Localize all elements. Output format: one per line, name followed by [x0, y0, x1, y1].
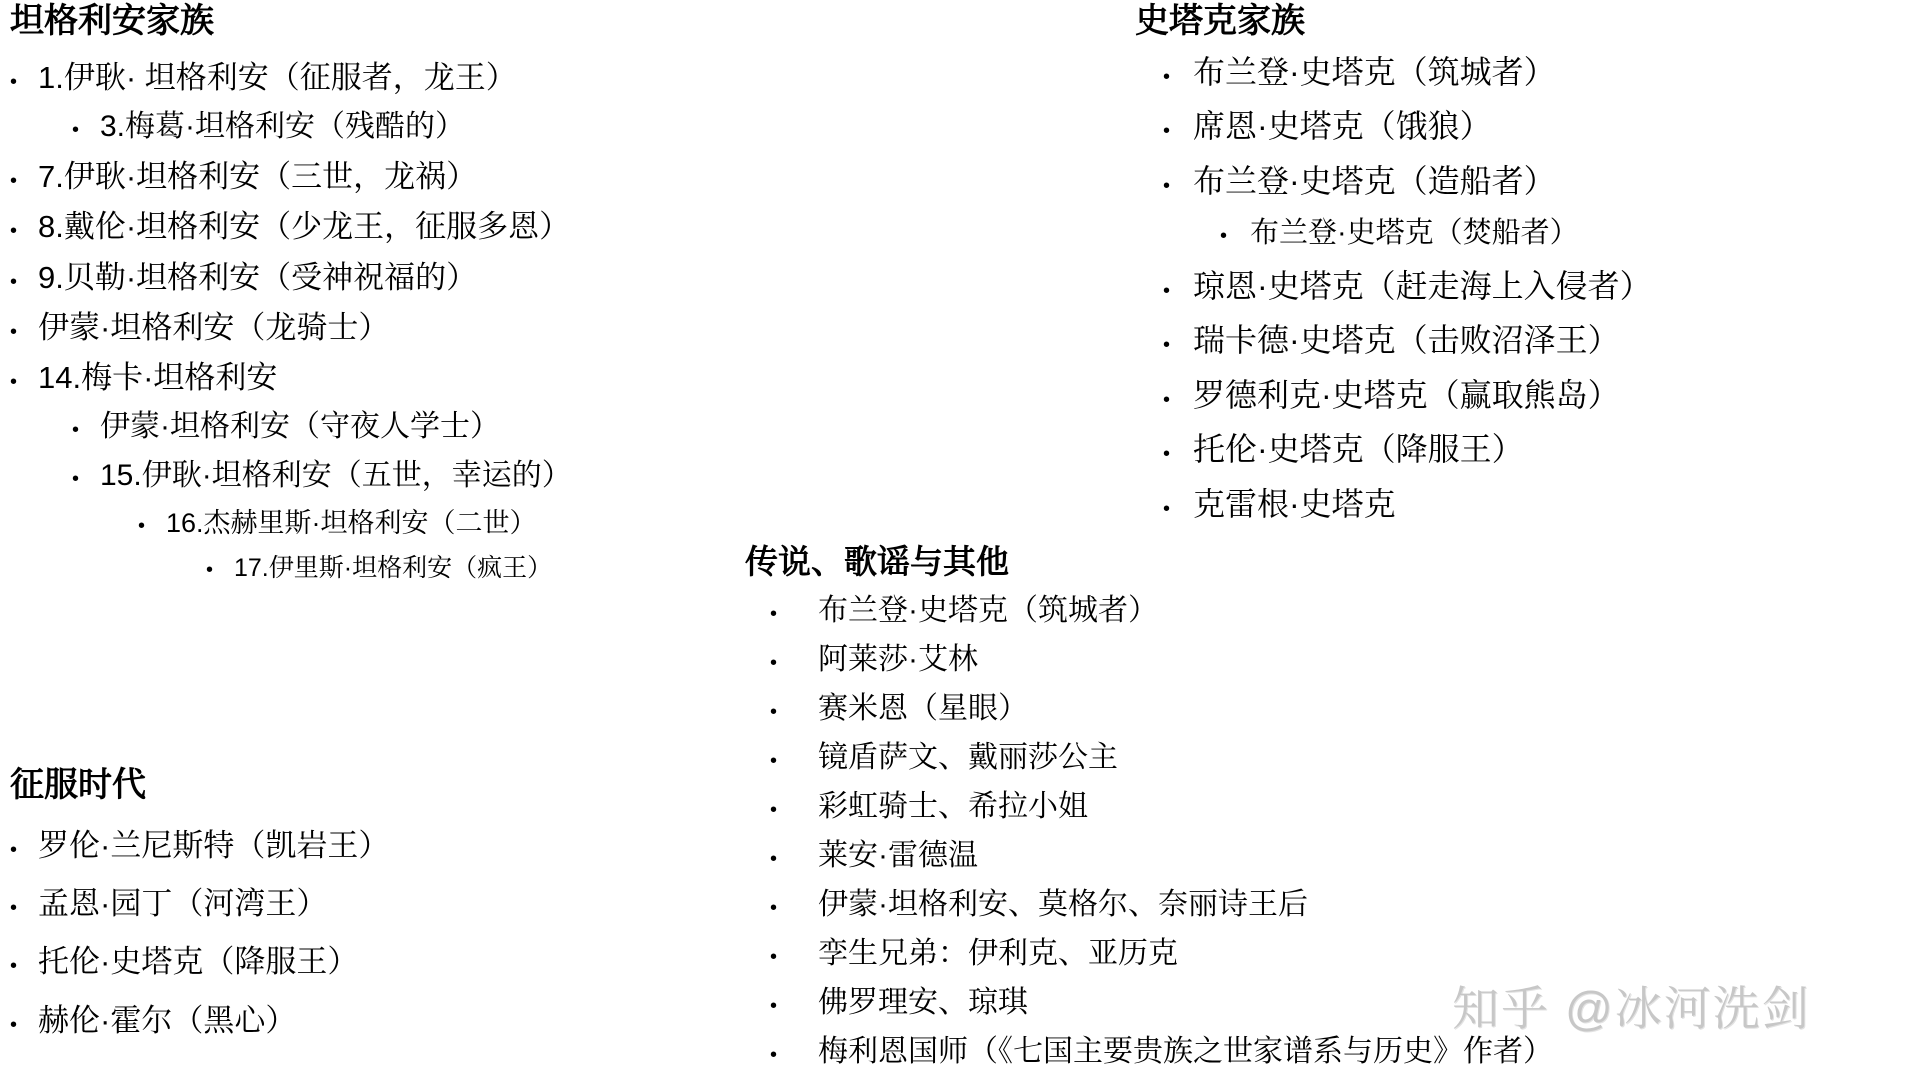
- list-item-text: 赛米恩（星眼）: [818, 691, 1028, 727]
- bullet-icon: •: [138, 514, 166, 538]
- list-item-text: 克雷根·史塔克: [1193, 485, 1396, 523]
- list-item: •赫伦·霍尔（黑心）: [10, 1002, 690, 1039]
- list-item-text: 9.贝勒·坦格利安（受神祝福的）: [38, 259, 477, 296]
- bullet-icon: •: [1163, 119, 1193, 143]
- list-item: •布兰登·史塔克（造船者）: [1163, 162, 1919, 200]
- list-item: •罗伦·兰尼斯特（凯岩王）: [10, 827, 690, 864]
- list-item: •3.梅葛·坦格利安（残酷的）: [72, 109, 690, 145]
- list-item-text: 镜盾萨文、戴丽莎公主: [818, 740, 1118, 776]
- bullet-icon: •: [72, 418, 100, 442]
- bullet-icon: •: [10, 320, 38, 344]
- bullet-icon: •: [72, 118, 100, 142]
- list-item-text: 布兰登·史塔克（造船者）: [1193, 162, 1556, 200]
- bullet-icon: •: [10, 896, 38, 920]
- section-title-stark: 史塔克家族: [1135, 2, 1919, 41]
- list-item: •孪生兄弟：伊利克、亚历克: [770, 936, 1615, 972]
- bullet-icon: •: [72, 467, 100, 491]
- list-item-text: 3.梅葛·坦格利安（残酷的）: [100, 109, 465, 145]
- bullet-icon: •: [770, 945, 818, 969]
- list-item: •彩虹骑士、希拉小姐: [770, 789, 1615, 825]
- list-item: •7.伊耿·坦格利安（三世，龙祸）: [10, 158, 690, 195]
- stark-list: •布兰登·史塔克（筑城者）•席恩·史塔克（饿狼）•布兰登·史塔克（造船者）•布兰…: [1135, 53, 1919, 523]
- bullet-icon: •: [770, 1043, 818, 1067]
- list-item: •布兰登·史塔克（筑城者）: [1163, 53, 1919, 91]
- list-item-text: 莱安·雷德温: [818, 838, 978, 874]
- list-item: •镜盾萨文、戴丽莎公主: [770, 740, 1615, 776]
- section-targaryen-family: 坦格利安家族 •1.伊耿· 坦格利安（征服者，龙王）•3.梅葛·坦格利安（残酷的…: [10, 2, 690, 596]
- list-item-text: 17.伊里斯·坦格利安（疯王）: [234, 553, 552, 583]
- bullet-icon: •: [10, 954, 38, 978]
- list-item: •伊蒙·坦格利安（守夜人学士）: [72, 409, 690, 445]
- list-item-text: 孪生兄弟：伊利克、亚历克: [818, 936, 1178, 972]
- bullet-icon: •: [10, 219, 38, 243]
- list-item-text: 布兰登·史塔克（焚船者）: [1250, 216, 1579, 251]
- list-item-text: 1.伊耿· 坦格利安（征服者，龙王）: [38, 59, 517, 96]
- list-item-text: 伊蒙·坦格利安（守夜人学士）: [100, 409, 500, 445]
- list-item-text: 阿莱莎·艾林: [818, 642, 978, 678]
- list-item: •罗德利克·史塔克（赢取熊岛）: [1163, 376, 1919, 414]
- list-item-text: 琼恩·史塔克（赶走海上入侵者）: [1193, 267, 1652, 305]
- bullet-icon: •: [770, 749, 818, 773]
- bullet-icon: •: [770, 798, 818, 822]
- list-item-text: 15.伊耿·坦格利安（五世，幸运的）: [100, 458, 572, 494]
- list-item: •孟恩·园丁（河湾王）: [10, 885, 690, 922]
- list-item-text: 7.伊耿·坦格利安（三世，龙祸）: [38, 158, 477, 195]
- list-item: •9.贝勒·坦格利安（受神祝福的）: [10, 259, 690, 296]
- list-item: •梅利恩国师（《七国主要贵族之世家谱系与历史》作者）: [770, 1034, 1615, 1070]
- section-conquest-era: 征服时代 •罗伦·兰尼斯特（凯岩王）•孟恩·园丁（河湾王）•托伦·史塔克（降服王…: [10, 766, 690, 1060]
- list-item: •15.伊耿·坦格利安（五世，幸运的）: [72, 458, 690, 494]
- section-title-targaryen: 坦格利安家族: [10, 2, 690, 41]
- list-item: •14.梅卡·坦格利安: [10, 359, 690, 396]
- bullet-icon: •: [770, 847, 818, 871]
- list-item: •布兰登·史塔克（筑城者）: [770, 593, 1615, 629]
- list-item: •17.伊里斯·坦格利安（疯王）: [206, 553, 690, 583]
- bullet-icon: •: [10, 838, 38, 862]
- section-title-conquest: 征服时代: [10, 766, 690, 805]
- list-item-text: 赫伦·霍尔（黑心）: [38, 1002, 296, 1039]
- bullet-icon: •: [1163, 65, 1193, 89]
- section-stark-family: 史塔克家族 •布兰登·史塔克（筑城者）•席恩·史塔克（饿狼）•布兰登·史塔克（造…: [1135, 2, 1919, 539]
- list-item: •赛米恩（星眼）: [770, 691, 1615, 727]
- list-item: •8.戴伦·坦格利安（少龙王，征服多恩）: [10, 208, 690, 245]
- list-item-text: 彩虹骑士、希拉小姐: [818, 789, 1088, 825]
- list-item-text: 布兰登·史塔克（筑城者）: [818, 593, 1158, 629]
- bullet-icon: •: [10, 70, 38, 94]
- list-item: •伊蒙·坦格利安、莫格尔、奈丽诗王后: [770, 887, 1615, 923]
- section-legends-songs-others: 传说、歌谣与其他 •布兰登·史塔克（筑城者）•阿莱莎·艾林•赛米恩（星眼）•镜盾…: [745, 543, 1615, 1080]
- bullet-icon: •: [1163, 388, 1193, 412]
- bullet-icon: •: [770, 651, 818, 675]
- list-item-text: 伊蒙·坦格利安、莫格尔、奈丽诗王后: [818, 887, 1308, 923]
- list-item-text: 布兰登·史塔克（筑城者）: [1193, 53, 1556, 91]
- list-item: •佛罗理安、琼琪: [770, 985, 1615, 1021]
- list-item: •琼恩·史塔克（赶走海上入侵者）: [1163, 267, 1919, 305]
- list-item-text: 8.戴伦·坦格利安（少龙王，征服多恩）: [38, 208, 570, 245]
- conquest-list: •罗伦·兰尼斯特（凯岩王）•孟恩·园丁（河湾王）•托伦·史塔克（降服王）•赫伦·…: [10, 827, 690, 1039]
- bullet-icon: •: [1163, 497, 1193, 521]
- list-item: •16.杰赫里斯·坦格利安（二世）: [138, 507, 690, 539]
- list-item: •席恩·史塔克（饿狼）: [1163, 107, 1919, 145]
- list-item-text: 14.梅卡·坦格利安: [38, 359, 277, 396]
- list-item: •克雷根·史塔克: [1163, 485, 1919, 523]
- bullet-icon: •: [10, 370, 38, 394]
- section-title-legends: 传说、歌谣与其他: [745, 543, 1615, 581]
- list-item: •布兰登·史塔克（焚船者）: [1220, 216, 1919, 251]
- bullet-icon: •: [1220, 224, 1250, 248]
- bullet-icon: •: [770, 896, 818, 920]
- bullet-icon: •: [10, 169, 38, 193]
- list-item-text: 罗伦·兰尼斯特（凯岩王）: [38, 827, 389, 864]
- list-item-text: 伊蒙·坦格利安（龙骑士）: [38, 309, 389, 346]
- bullet-icon: •: [1163, 279, 1193, 303]
- bullet-icon: •: [770, 602, 818, 626]
- list-item-text: 瑞卡德·史塔克（击败沼泽王）: [1193, 321, 1620, 359]
- bullet-icon: •: [10, 1013, 38, 1037]
- list-item-text: 罗德利克·史塔克（赢取熊岛）: [1193, 376, 1620, 414]
- list-item: •瑞卡德·史塔克（击败沼泽王）: [1163, 321, 1919, 359]
- bullet-icon: •: [1163, 174, 1193, 198]
- list-item-text: 托伦·史塔克（降服王）: [1193, 430, 1524, 468]
- list-item-text: 16.杰赫里斯·坦格利安（二世）: [166, 507, 537, 539]
- list-item: •阿莱莎·艾林: [770, 642, 1615, 678]
- bullet-icon: •: [206, 558, 234, 582]
- list-item-text: 席恩·史塔克（饿狼）: [1193, 107, 1492, 145]
- list-item-text: 佛罗理安、琼琪: [818, 985, 1028, 1021]
- list-item-text: 托伦·史塔克（降服王）: [38, 943, 358, 980]
- bullet-icon: •: [1163, 333, 1193, 357]
- list-item-text: 孟恩·园丁（河湾王）: [38, 885, 327, 922]
- list-item: •伊蒙·坦格利安（龙骑士）: [10, 309, 690, 346]
- targaryen-list: •1.伊耿· 坦格利安（征服者，龙王）•3.梅葛·坦格利安（残酷的）•7.伊耿·…: [10, 59, 690, 583]
- bullet-icon: •: [10, 270, 38, 294]
- bullet-icon: •: [770, 994, 818, 1018]
- list-item: •托伦·史塔克（降服王）: [10, 943, 690, 980]
- bullet-icon: •: [1163, 442, 1193, 466]
- list-item: •莱安·雷德温: [770, 838, 1615, 874]
- list-item: •托伦·史塔克（降服王）: [1163, 430, 1919, 468]
- bullet-icon: •: [770, 700, 818, 724]
- list-item: •1.伊耿· 坦格利安（征服者，龙王）: [10, 59, 690, 96]
- list-item-text: 梅利恩国师（《七国主要贵族之世家谱系与历史》作者）: [818, 1034, 1553, 1070]
- legends-list: •布兰登·史塔克（筑城者）•阿莱莎·艾林•赛米恩（星眼）•镜盾萨文、戴丽莎公主•…: [745, 593, 1615, 1070]
